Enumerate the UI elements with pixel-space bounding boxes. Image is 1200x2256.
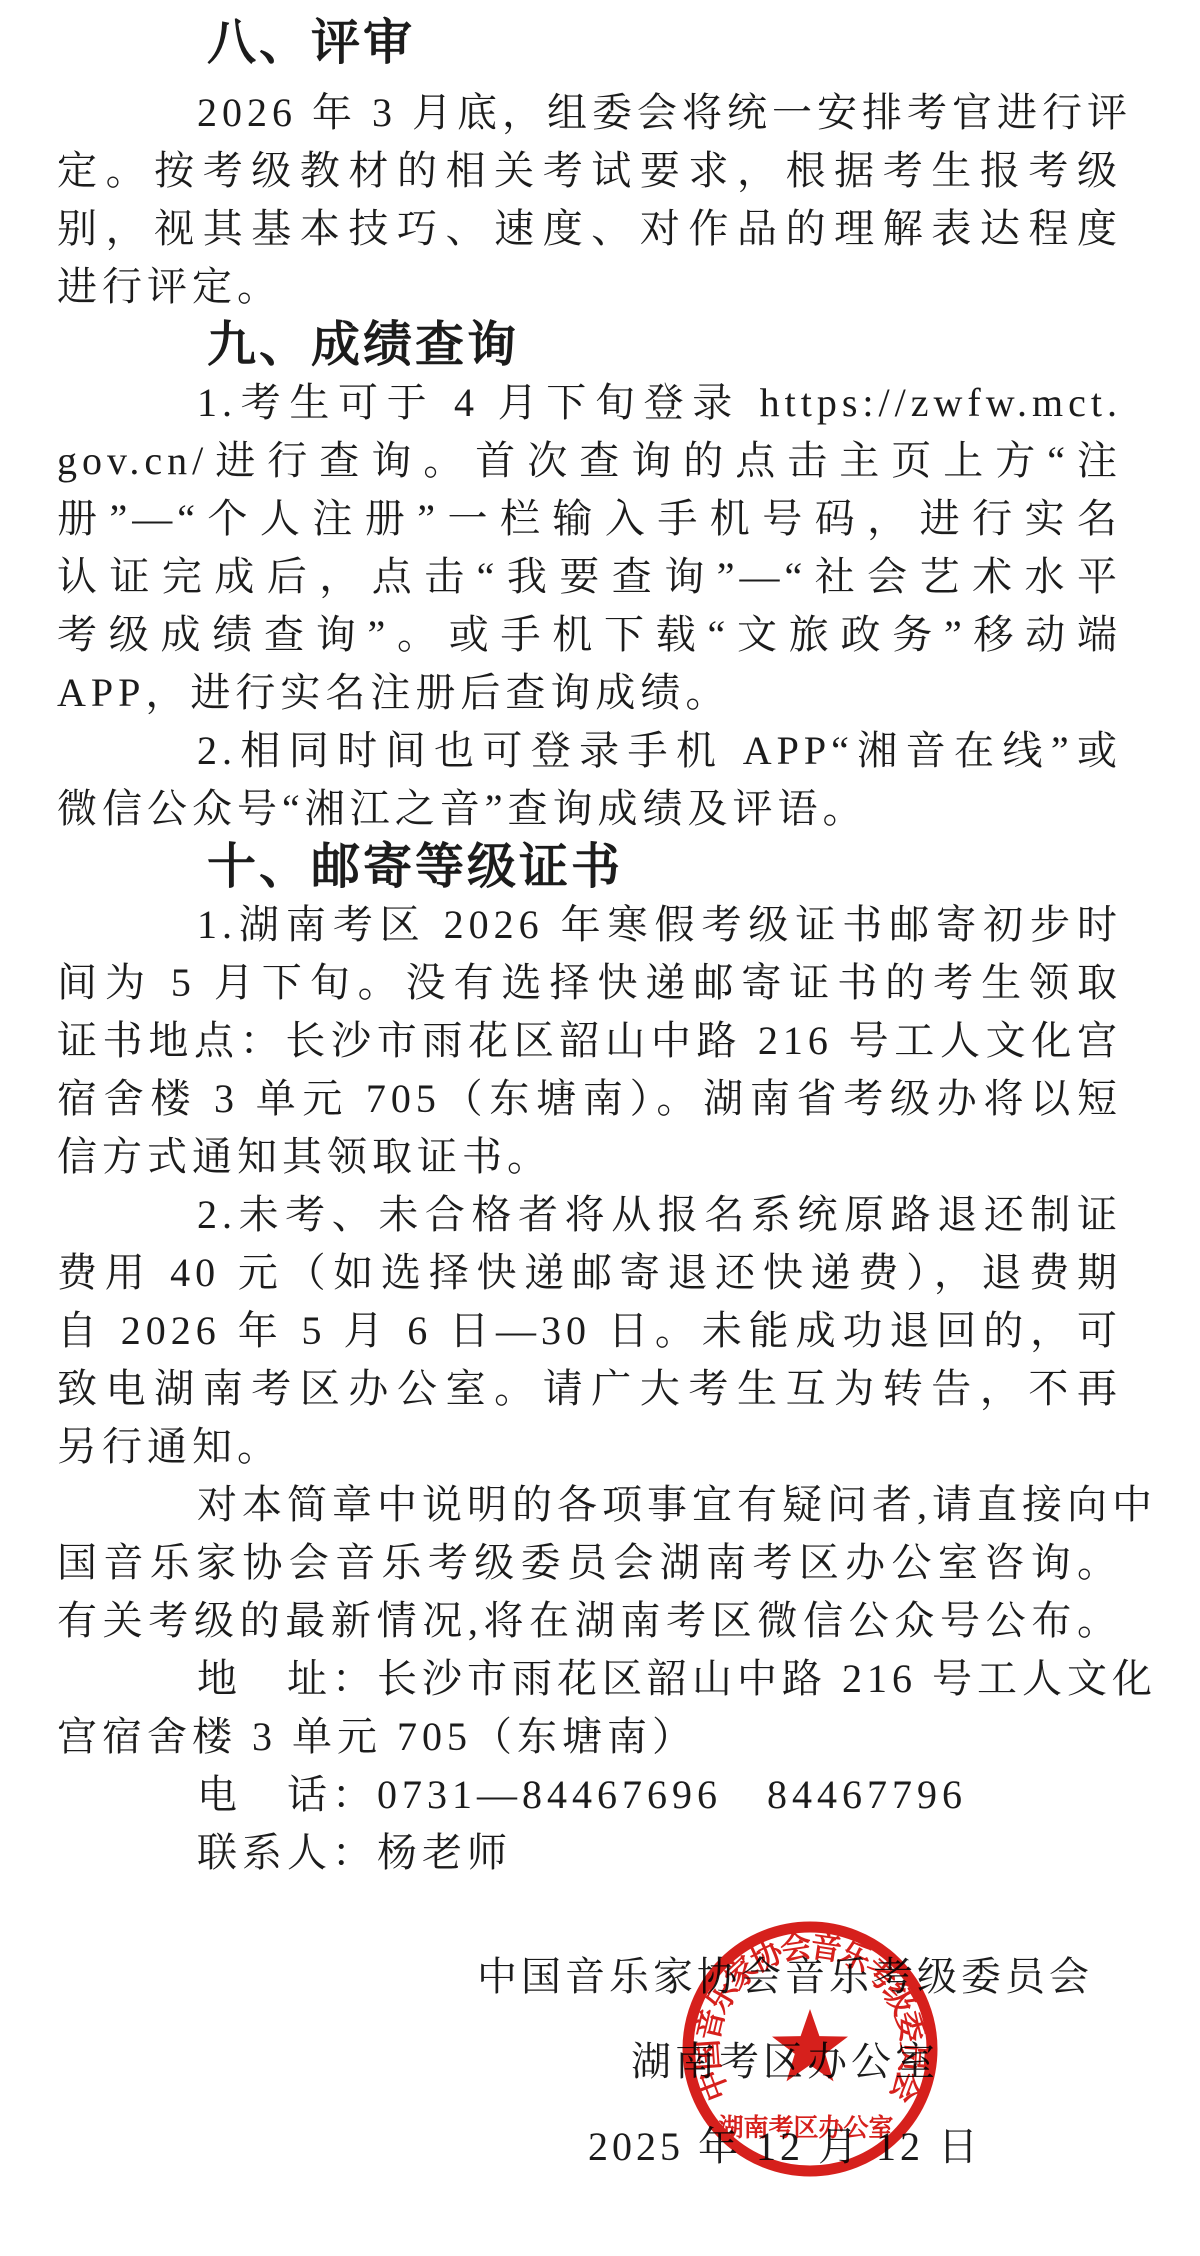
document-line: APP，进行实名注册后查询成绩。: [57, 664, 1122, 722]
signature-date: 2025 年 12 月 12 日: [420, 2118, 1150, 2203]
document-line: 自 2026 年 5 月 6 日—30 日。未能成功退回的，可: [57, 1302, 1122, 1360]
document-line: 有关考级的最新情况,将在湖南考区微信公众号公布。: [57, 1592, 1122, 1650]
section-heading: 八、评审: [57, 8, 1122, 84]
signature-block: 中国音乐家协会音乐考级委员会 湖南考区办公室 2025 年 12 月 12 日: [420, 1948, 1150, 2203]
document-line: 认证完成后，点击“我要查询”—“社会艺术水平: [57, 548, 1122, 606]
signature-office: 湖南考区办公室: [420, 2033, 1150, 2118]
document-line: 1.湖南考区 2026 年寒假考级证书邮寄初步时: [57, 896, 1122, 954]
document-line: 费用 40 元（如选择快递邮寄退还快递费），退费期: [57, 1244, 1122, 1302]
document-page: { "colors": { "ink": "#1c1c1c", "seal_re…: [0, 0, 1200, 2256]
document-line: 1.考生可于 4 月下旬登录 https://zwfw.mct.: [57, 374, 1122, 432]
document-line: 微信公众号“湘江之音”查询成绩及评语。: [57, 780, 1122, 838]
document-line: 定。按考级教材的相关考试要求，根据考生报考级: [57, 142, 1122, 200]
document-line: 联系人：杨老师: [57, 1824, 1122, 1882]
document-line: 电 话：0731—84467696 84467796: [57, 1766, 1122, 1824]
document-line: 进行评定。: [57, 258, 1122, 316]
document-line: 2026 年 3 月底，组委会将统一安排考官进行评: [57, 84, 1122, 142]
document-line: 别，视其基本技巧、速度、对作品的理解表达程度: [57, 200, 1122, 258]
document-line: 2.相同时间也可登录手机 APP“湘音在线”或: [57, 722, 1122, 780]
document-line: 考级成绩查询”。或手机下载“文旅政务”移动端: [57, 606, 1122, 664]
document-line: gov.cn/进行查询。首次查询的点击主页上方“注: [57, 432, 1122, 490]
document-line: 另行通知。: [57, 1418, 1122, 1476]
document-line: 2.未考、未合格者将从报名系统原路退还制证: [57, 1186, 1122, 1244]
document-line: 地 址：长沙市雨花区韶山中路 216 号工人文化: [57, 1650, 1122, 1708]
document-line: 册”—“个人注册”一栏输入手机号码，进行实名: [57, 490, 1122, 548]
document-line: 宿舍楼 3 单元 705（东塘南）。湖南省考级办将以短: [57, 1070, 1122, 1128]
document-line: 证书地点：长沙市雨花区韶山中路 216 号工人文化宫: [57, 1012, 1122, 1070]
document-line: 宫宿舍楼 3 单元 705（东塘南）: [57, 1708, 1122, 1766]
document-line: 信方式通知其领取证书。: [57, 1128, 1122, 1186]
document-line: 对本简章中说明的各项事宜有疑问者,请直接向中: [57, 1476, 1122, 1534]
document-line: 间为 5 月下旬。没有选择快递邮寄证书的考生领取: [57, 954, 1122, 1012]
section-heading: 十、邮寄等级证书: [57, 838, 1122, 896]
document-line: 致电湖南考区办公室。请广大考生互为转告，不再: [57, 1360, 1122, 1418]
document-body: 八、评审2026 年 3 月底，组委会将统一安排考官进行评定。按考级教材的相关考…: [0, 0, 1200, 1882]
document-line: 国音乐家协会音乐考级委员会湖南考区办公室咨询。: [57, 1534, 1122, 1592]
signature-organization: 中国音乐家协会音乐考级委员会: [420, 1948, 1150, 2033]
section-heading: 九、成绩查询: [57, 316, 1122, 374]
